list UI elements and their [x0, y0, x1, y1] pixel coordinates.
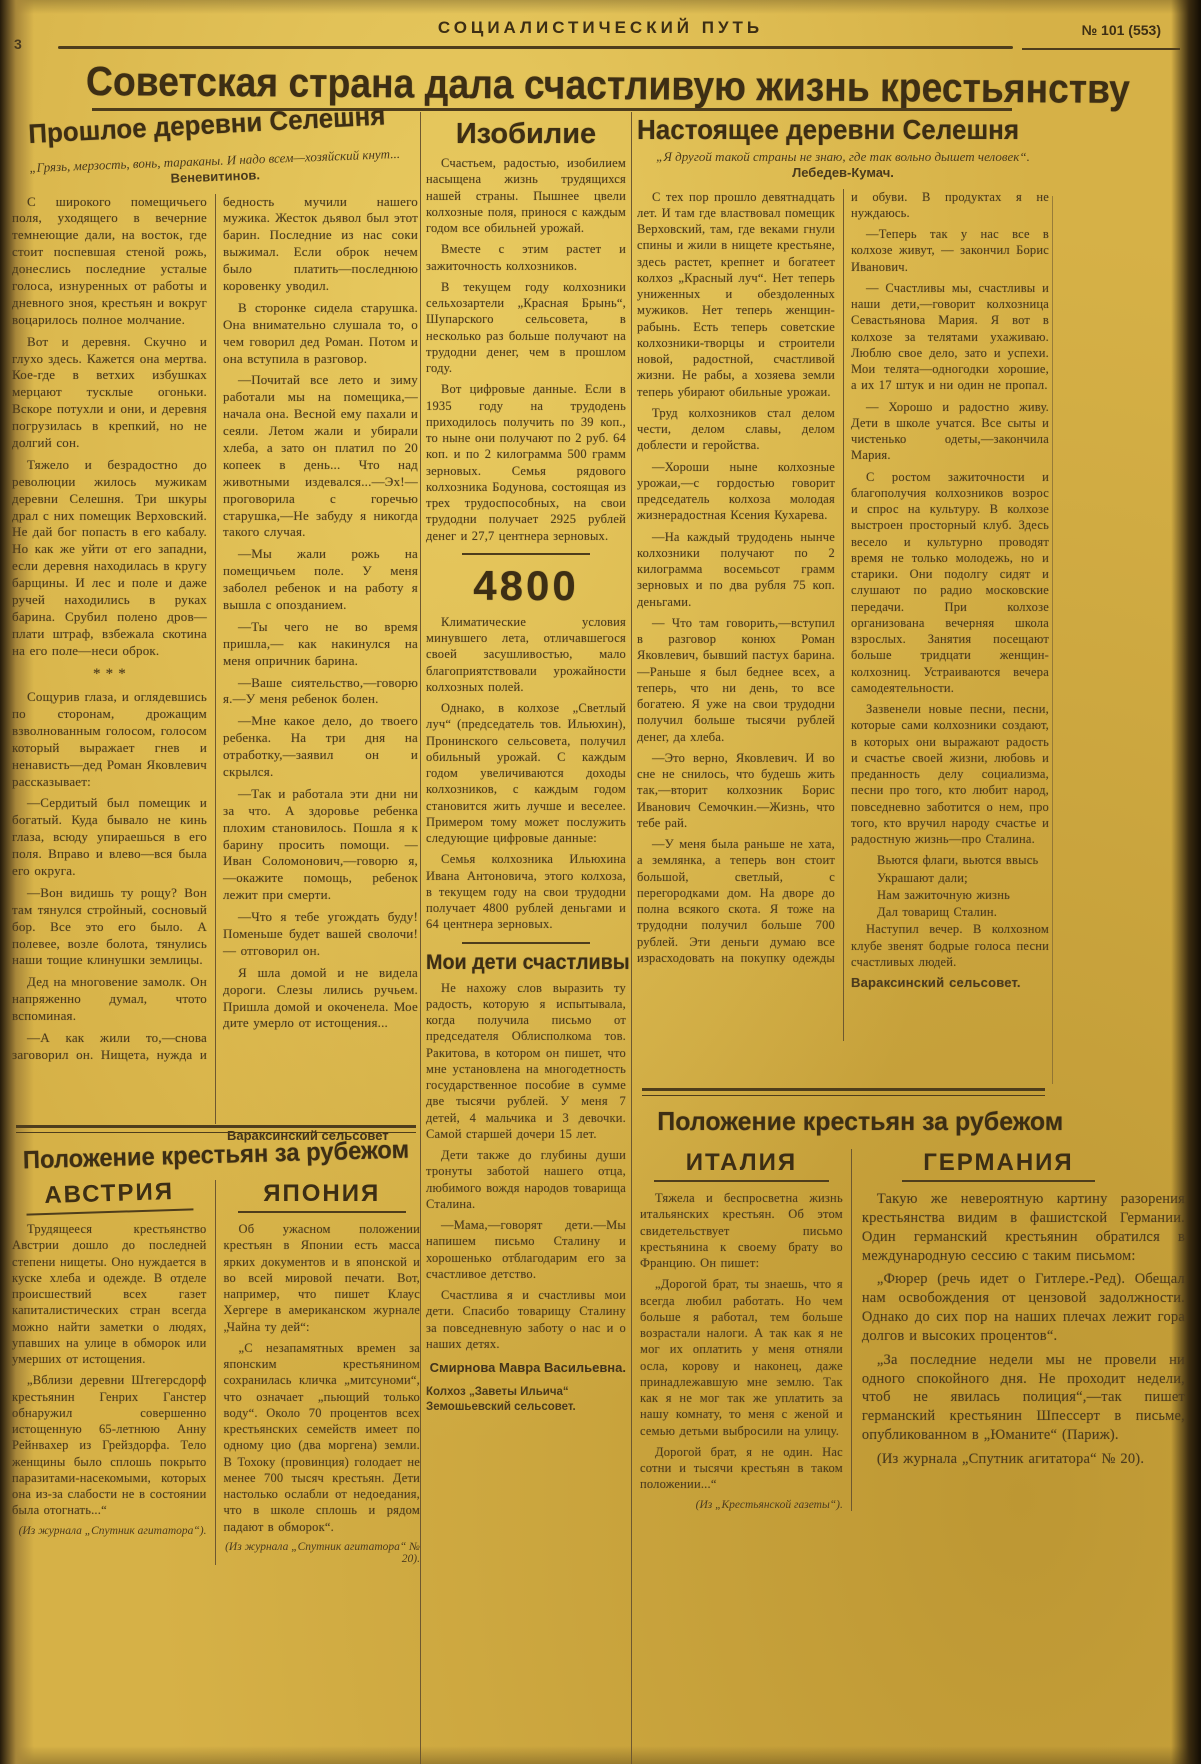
paragraph: „Дорогой брат, ты знаешь, что я всегда л… [640, 1276, 843, 1439]
paragraph: Наступил вечер. В колхозном клубе звенят… [851, 921, 1049, 970]
country-italy: ИТАЛИЯ Тяжела и беспросветна жизнь италь… [640, 1149, 851, 1511]
paragraph: — Счастливы мы, счастливы и наши дети,—г… [851, 280, 1049, 394]
paragraph: В текущем году колхозники сельхозартели … [426, 279, 626, 377]
section-divider [462, 942, 590, 944]
country-austria-body: Трудящееся крестьянство Австрии дошло до… [12, 1221, 207, 1519]
abroad-right-columns: ИТАЛИЯ Тяжела и беспросветна жизнь италь… [640, 1149, 1185, 1511]
paragraph: Климатические условия минувшего лета, от… [426, 614, 626, 695]
issue-number: № 101 (553) [1082, 22, 1161, 38]
paragraph: Вот цифровые данные. Если в 1935 году на… [426, 381, 626, 544]
paragraph: Однако, в колхозе „Светлый луч“ (председ… [426, 700, 626, 846]
paragraph: Тяжела и беспросветна жизнь итальянских … [640, 1190, 843, 1271]
paragraph: Нам зажиточную жизнь [877, 887, 1049, 903]
paragraph: Труд колхозников стал делом чести, делом… [637, 405, 835, 454]
paragraph: „С незапамятных времен за японским крест… [224, 1340, 421, 1535]
paragraph: —Мы жали рожь на помещичьем поле. У меня… [223, 546, 418, 614]
column-rule [420, 112, 421, 1764]
country-austria-title: АВСТРИЯ [26, 1177, 193, 1215]
paragraph: С ростом зажиточности и благополучия кол… [851, 469, 1049, 697]
paragraph: Счастлива я и счастливы мои дети. Спасиб… [426, 1287, 626, 1352]
paragraph: —На каждый трудодень нынче колхозники по… [637, 529, 835, 610]
article-children-credit2: Земошьевский сельсовет. [426, 1400, 626, 1415]
country-italy-body: Тяжела и беспросветна жизнь итальянских … [640, 1190, 843, 1493]
masthead-rule-right [1022, 48, 1180, 50]
paragraph: Сощурив глаза, и оглядевшись по сторонам… [12, 689, 207, 790]
country-austria: АВСТРИЯ Трудящееся крестьянство Австрии … [12, 1180, 215, 1565]
country-japan: ЯПОНИЯ Об ужасном положении крестьян в Я… [215, 1180, 421, 1565]
paragraph: С широкого помещичьего поля, уходящего в… [12, 194, 207, 329]
country-japan-body: Об ужасном положении крестьян в Японии е… [224, 1221, 421, 1535]
article-present: Настоящее деревни Селешня „Я другой тако… [637, 114, 1049, 1041]
paragraph: Семья колхозника Ильюхина Ивана Антонови… [426, 851, 626, 932]
paragraph: Дал товарищ Сталин. [877, 904, 1049, 920]
article-children-signature: Смирнова Мавра Васильевна. [426, 1360, 626, 1375]
article-present-title: Настоящее деревни Селешня [637, 114, 1020, 146]
paragraph: Дорогой брат, я не один. Нас сотни и тыс… [640, 1444, 843, 1493]
country-japan-title: ЯПОНИЯ [238, 1180, 407, 1213]
paragraph: —Вон видишь ту рощу? Вон там тянулся стр… [12, 885, 207, 969]
abroad-left-columns: АВСТРИЯ Трудящееся крестьянство Австрии … [12, 1180, 420, 1565]
paragraph: —Это верно, Яковлевич. И во сне не снило… [637, 750, 835, 831]
paragraph: Вместе с этим растет и зажиточность колх… [426, 241, 626, 274]
article-present-signature: Вараксинский сельсовет. [851, 975, 1049, 992]
paragraph: Вот и деревня. Скучно и глухо здесь. Каж… [12, 334, 207, 452]
paragraph: Об ужасном положении крестьян в Японии е… [224, 1221, 421, 1335]
column-rule [631, 112, 632, 1764]
article-abundance-title: Изобилие [426, 118, 626, 151]
abroad-left-section: Положение крестьян за рубежом АВСТРИЯ Тр… [12, 1125, 420, 1565]
abroad-right-title: Положение крестьян за рубежом [640, 1106, 1163, 1137]
paragraph: С тех пор прошло девятнадцать лет. И там… [637, 189, 835, 400]
section-divider [642, 1088, 1045, 1096]
paragraph: —Что я тебе угождать буду! Поменьше буде… [223, 909, 418, 960]
article-4800-body: Климатические условия минувшего лета, от… [426, 614, 626, 933]
article-children-title: Мои дети счастливы [426, 951, 614, 975]
paragraph: —Сердитый был помещик и богатый. Куда бы… [12, 795, 207, 879]
paragraph: —Ваше сиятельство,—говорю я.—У меня ребе… [223, 675, 418, 709]
paragraph: Дети также до глубины души тронуты забот… [426, 1147, 626, 1212]
page-number: 3 [14, 36, 22, 52]
abroad-right-section: Положение крестьян за рубежом ИТАЛИЯ Тяж… [640, 1088, 1185, 1511]
country-japan-source: (Из журнала „Спутник агитатора“ № 20). [224, 1541, 421, 1565]
article-past-body: С широкого помещичьего поля, уходящего в… [12, 194, 418, 1124]
paragraph: — Хорошо и радостно живу. Дети в школе у… [851, 399, 1049, 464]
main-headline: Советская страна дала счастливую жизнь к… [86, 58, 1130, 113]
paragraph: —Почитай все лето и зиму работали мы на … [223, 372, 418, 541]
section-divider [16, 1125, 416, 1133]
column-rule [1052, 196, 1053, 1084]
paragraph: —Теперь так у нас все в колхозе живут, —… [851, 226, 1049, 275]
newspaper-title: СОЦИАЛИСТИЧЕСКИЙ ПУТЬ [0, 18, 1201, 38]
middle-column: Изобилие Счастьем, радостью, изобилием н… [426, 118, 626, 1415]
country-germany-body: Такую же невероятную картину разорения к… [862, 1190, 1185, 1469]
paragraph: Такую же невероятную картину разорения к… [862, 1190, 1185, 1265]
abroad-left-title: Положение крестьян за рубежом [22, 1136, 410, 1176]
article-present-epigraph: „Я другой такой страны не знаю, где так … [637, 149, 1049, 182]
epigraph-text: „Я другой такой страны не знаю, где так … [656, 149, 1030, 164]
paragraph: Тяжело и безрадостно до революции жилось… [12, 457, 207, 660]
paragraph: Дед на многовение замолк. Он напряженно … [12, 974, 207, 1025]
paragraph: „Фюрер (речь идет о Гитлере.-Ред). Обеща… [862, 1270, 1185, 1345]
article-children-credit1: Колхоз „Заветы Ильича“ [426, 1385, 626, 1400]
paragraph: Украшают дали; [877, 870, 1049, 886]
paragraph: В сторонке сидела старушка. Она внимател… [223, 300, 418, 368]
paragraph: —Так и работала эти дни ни за что. А здо… [223, 786, 418, 904]
epigraph-author: Лебедев-Кумач. [792, 165, 894, 180]
paragraph: —Мама,—говорят дети.—Мы напишем письмо С… [426, 1217, 626, 1282]
paragraph: „За последние недели мы не провели ни од… [862, 1351, 1185, 1445]
paragraph: —Хороши ныне колхозные урожаи,—с гордост… [637, 459, 835, 524]
country-austria-source: (Из журнала „Спутник агитатора“). [12, 1525, 207, 1537]
country-germany-title: ГЕРМАНИЯ [902, 1149, 1095, 1182]
paragraph: —Ты чего не во время пришла,— как накину… [223, 619, 418, 670]
article-4800-title: 4800 [426, 562, 626, 610]
country-italy-source: (Из „Крестьянской газеты“). [640, 1499, 843, 1511]
article-abundance-body: Счастьем, радостью, изобилием насыщена ж… [426, 155, 626, 544]
paragraph: Вьются флаги, вьются ввысь [877, 852, 1049, 868]
paragraph: — Что там говорить,—вступил в разговор к… [637, 615, 835, 745]
paragraph: Трудящееся крестьянство Австрии дошло до… [12, 1221, 207, 1367]
article-past: Прошлое деревни Селешня „Грязь, мерзость… [12, 120, 418, 1143]
paragraph: Я шла домой и не видела дороги. Слезы ли… [223, 965, 418, 1033]
stars-divider: * * * [12, 665, 207, 685]
article-past-epigraph: „Грязь, мерзость, вонь, тараканы. И надо… [18, 145, 413, 193]
paragraph: (Из журнала „Спутник агитатора“ № 20). [862, 1450, 1185, 1469]
paragraph: „Вблизи деревни Штегерсдорф крестьянин Г… [12, 1372, 207, 1518]
section-divider [462, 553, 590, 555]
country-italy-title: ИТАЛИЯ [654, 1149, 829, 1182]
country-germany: ГЕРМАНИЯ Такую же невероятную картину ра… [851, 1149, 1185, 1511]
epigraph-author: Веневитинов. [170, 168, 260, 186]
paragraph: Зазвенели новые песни, песни, которые са… [851, 701, 1049, 847]
paragraph: Не нахожу слов выразить ту радость, кото… [426, 980, 626, 1143]
paragraph: Счастьем, радостью, изобилием насыщена ж… [426, 155, 626, 236]
masthead-rule [58, 46, 1013, 49]
article-children-body: Не нахожу слов выразить ту радость, кото… [426, 980, 626, 1353]
paragraph: —Мне какое дело, до твоего ребенка. На т… [223, 713, 418, 781]
article-present-body: С тех пор прошло девятнадцать лет. И там… [637, 189, 1049, 1041]
